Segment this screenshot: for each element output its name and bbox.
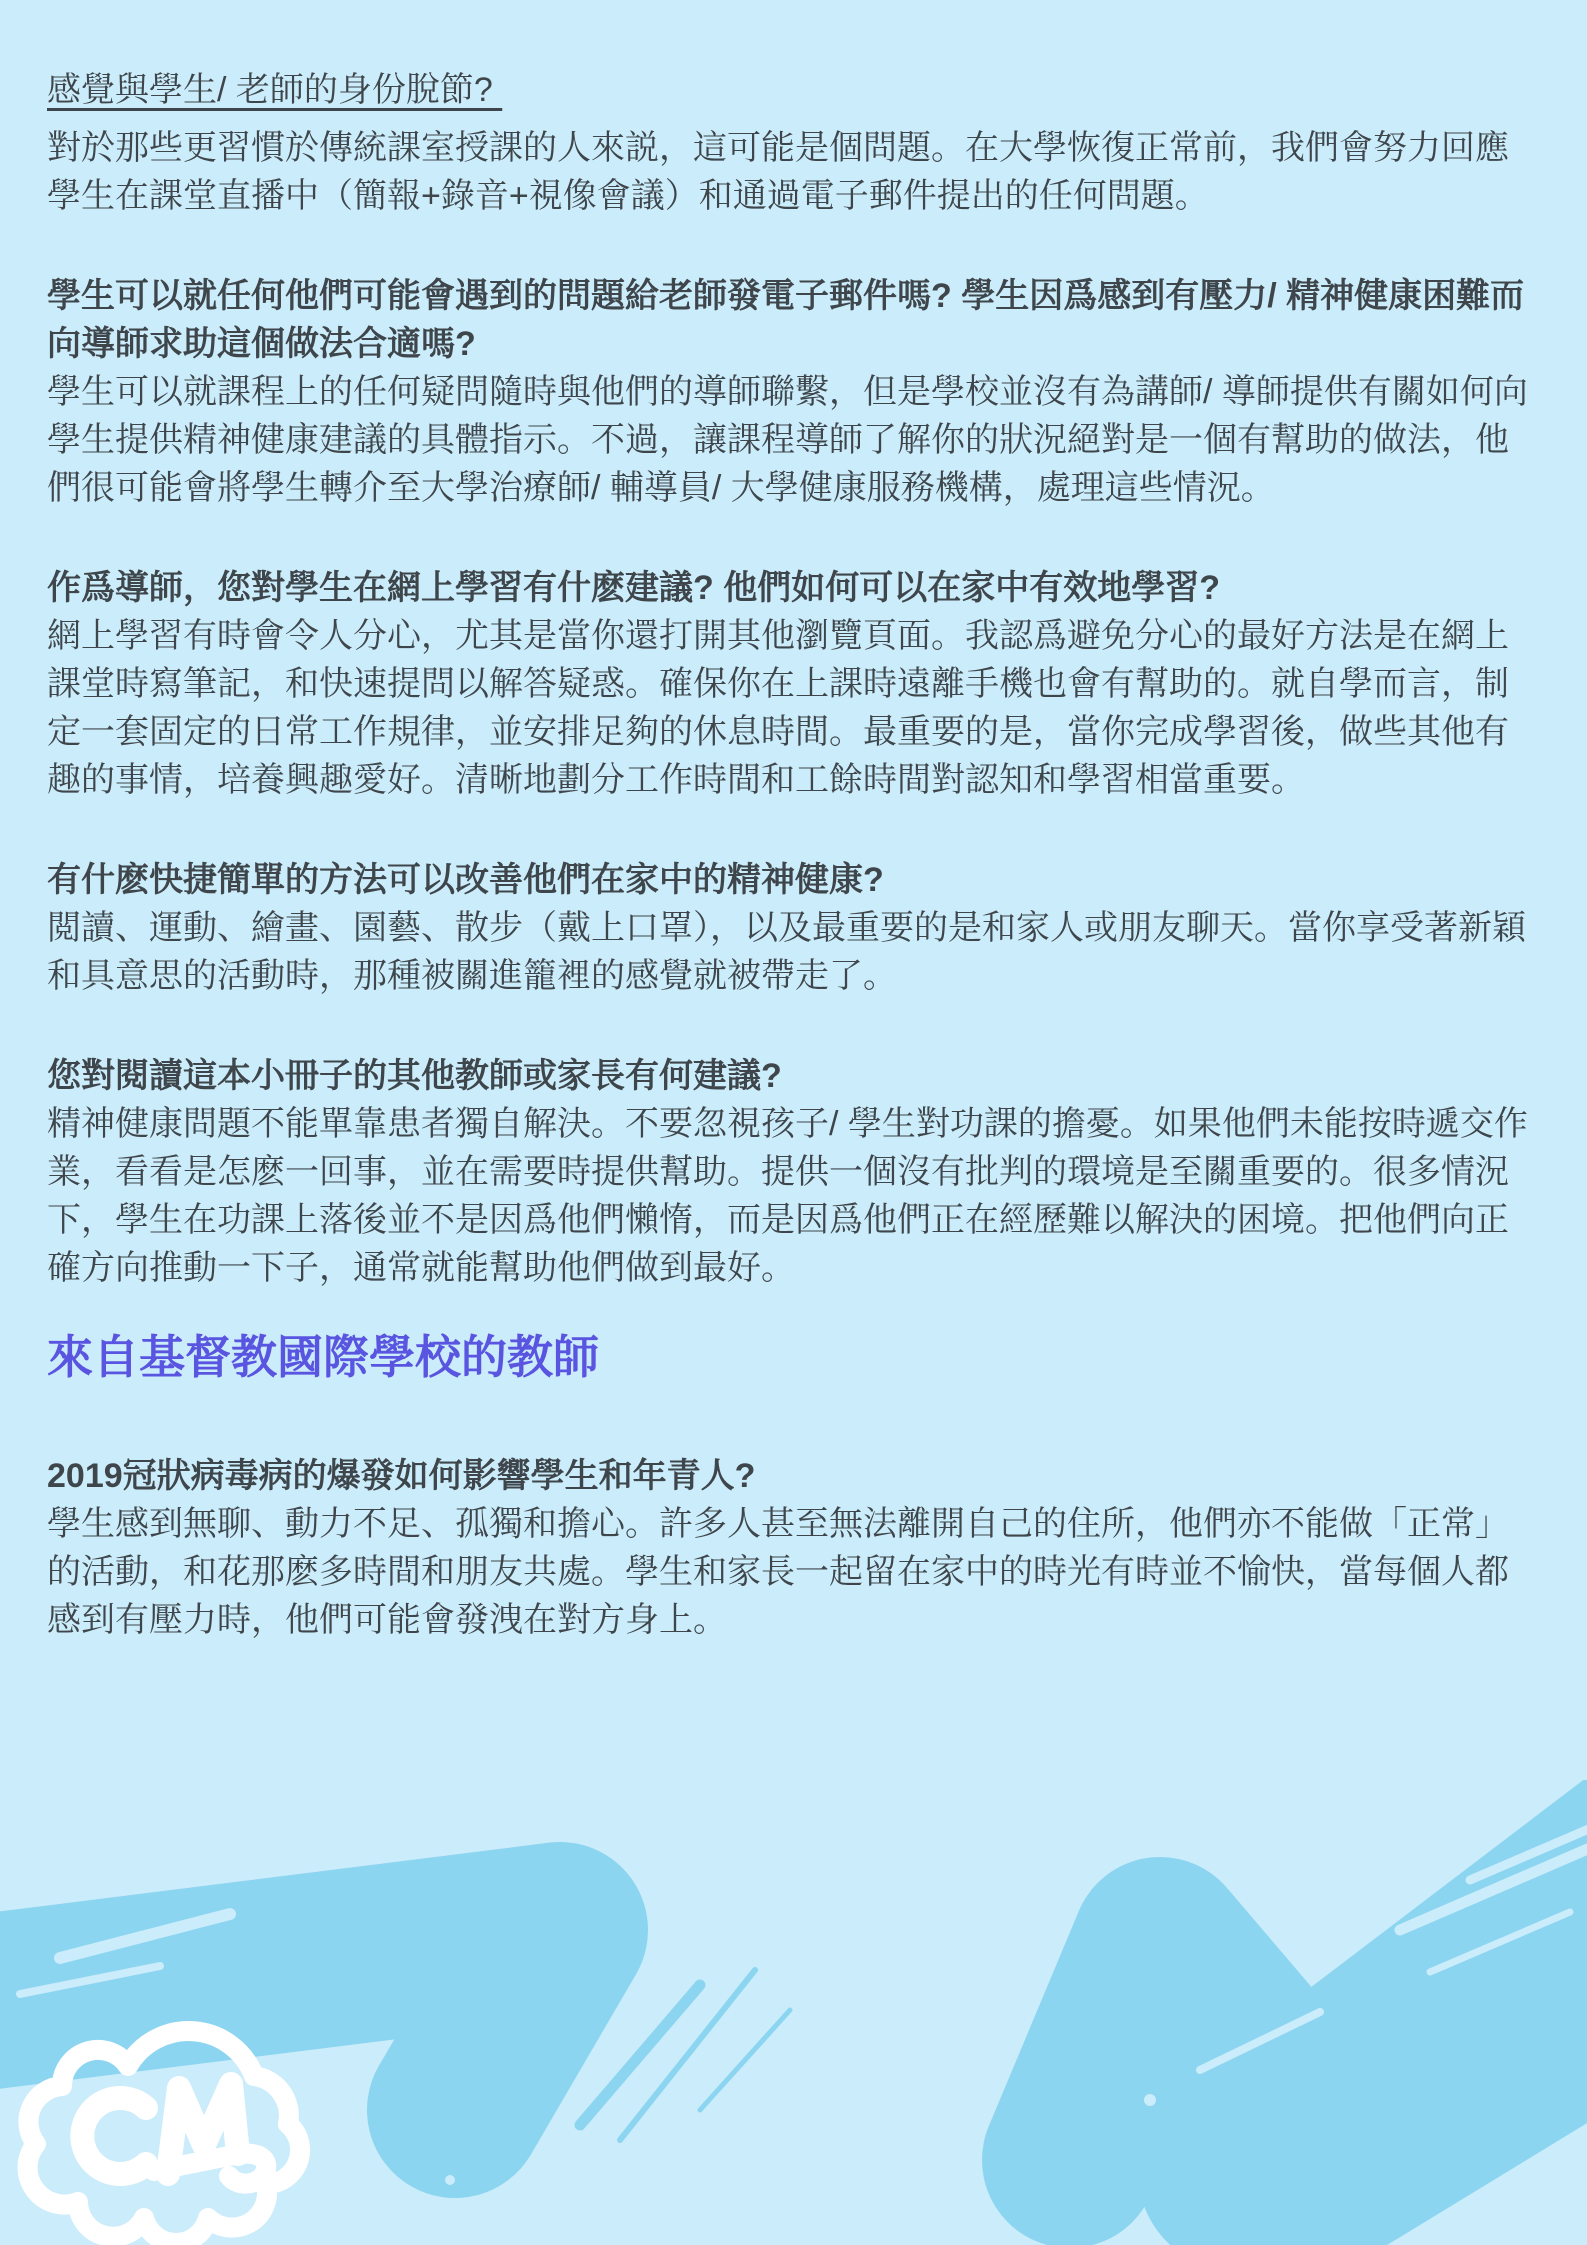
booklet-page: 感覺與學生/ 老師的身份脫節? 對於那些更習慣於傳統課室授課的人來説，這可能是個… (0, 0, 1587, 2245)
intro-paragraph: 對於那些更習慣於傳統課室授課的人來説，這可能是個問題。在大學恢復正常前，我們會努… (47, 124, 1540, 220)
qa-block-email: 學生可以就任何他們可能會遇到的問題給老師發電子郵件嗎? 學生因爲感到有壓力/ 精… (47, 272, 1540, 512)
answer-text: 閲讀、運動、繪畫、園藝、散步（戴上口罩），以及最重要的是和家人或朋友聊天。當你享… (47, 904, 1540, 1000)
answer-text: 網上學習有時會令人分心，尤其是當你還打開其他瀏覽頁面。我認爲避免分心的最好方法是… (47, 612, 1540, 804)
answer-text: 學生可以就課程上的任何疑問隨時與他們的導師聯繫，但是學校並沒有為講師/ 導師提供… (47, 368, 1540, 512)
question-text: 作爲導師，您對學生在網上學習有什麽建議? 他們如何可以在家中有效地學習? (47, 564, 1540, 612)
answer-text: 精神健康問題不能單靠患者獨自解決。不要忽視孩子/ 學生對功課的擔憂。如果他們未能… (47, 1100, 1540, 1292)
question-text: 您對閱讀這本小冊子的其他教師或家長有何建議? (47, 1052, 1540, 1100)
brush-spray-dot (185, 1947, 195, 1957)
qa-block-advice-to-readers: 您對閱讀這本小冊子的其他教師或家長有何建議? 精神健康問題不能單靠患者獨自解決。… (47, 1052, 1540, 1292)
answer-text: 學生感到無聊、動力不足、孤獨和擔心。許多人甚至無法離開自己的住所，他們亦不能做「… (47, 1500, 1540, 1644)
qa-block-covid-impact: 2019冠狀病毒病的爆發如何影響學生和年青人? 學生感到無聊、動力不足、孤獨和擔… (47, 1452, 1540, 1644)
question-text: 學生可以就任何他們可能會遇到的問題給老師發電子郵件嗎? 學生因爲感到有壓力/ 精… (47, 272, 1540, 368)
section-heading-teacher-source: 來自基督教國際學校的教師 (47, 1328, 1540, 1386)
cm-cloud-logo (22, 2004, 322, 2245)
page-content: 感覺與學生/ 老師的身份脫節? 對於那些更習慣於傳統課室授課的人來説，這可能是個… (0, 0, 1587, 1644)
brush-highlight-dot (1144, 2094, 1156, 2106)
question-text: 有什麽快捷簡單的方法可以改善他們在家中的精神健康? (47, 856, 1540, 904)
brush-highlight-dot-2 (445, 2175, 455, 2185)
qa-block-online-learning: 作爲導師，您對學生在網上學習有什麽建議? 他們如何可以在家中有效地學習? 網上學… (47, 564, 1540, 804)
qa-block-mental-health-tips: 有什麽快捷簡單的方法可以改善他們在家中的精神健康? 閲讀、運動、繪畫、園藝、散步… (47, 856, 1540, 1000)
logo-letter-c (82, 2098, 146, 2174)
question-text: 2019冠狀病毒病的爆發如何影響學生和年青人? (47, 1452, 1540, 1500)
intro-heading: 感覺與學生/ 老師的身份脫節? (47, 66, 1540, 114)
